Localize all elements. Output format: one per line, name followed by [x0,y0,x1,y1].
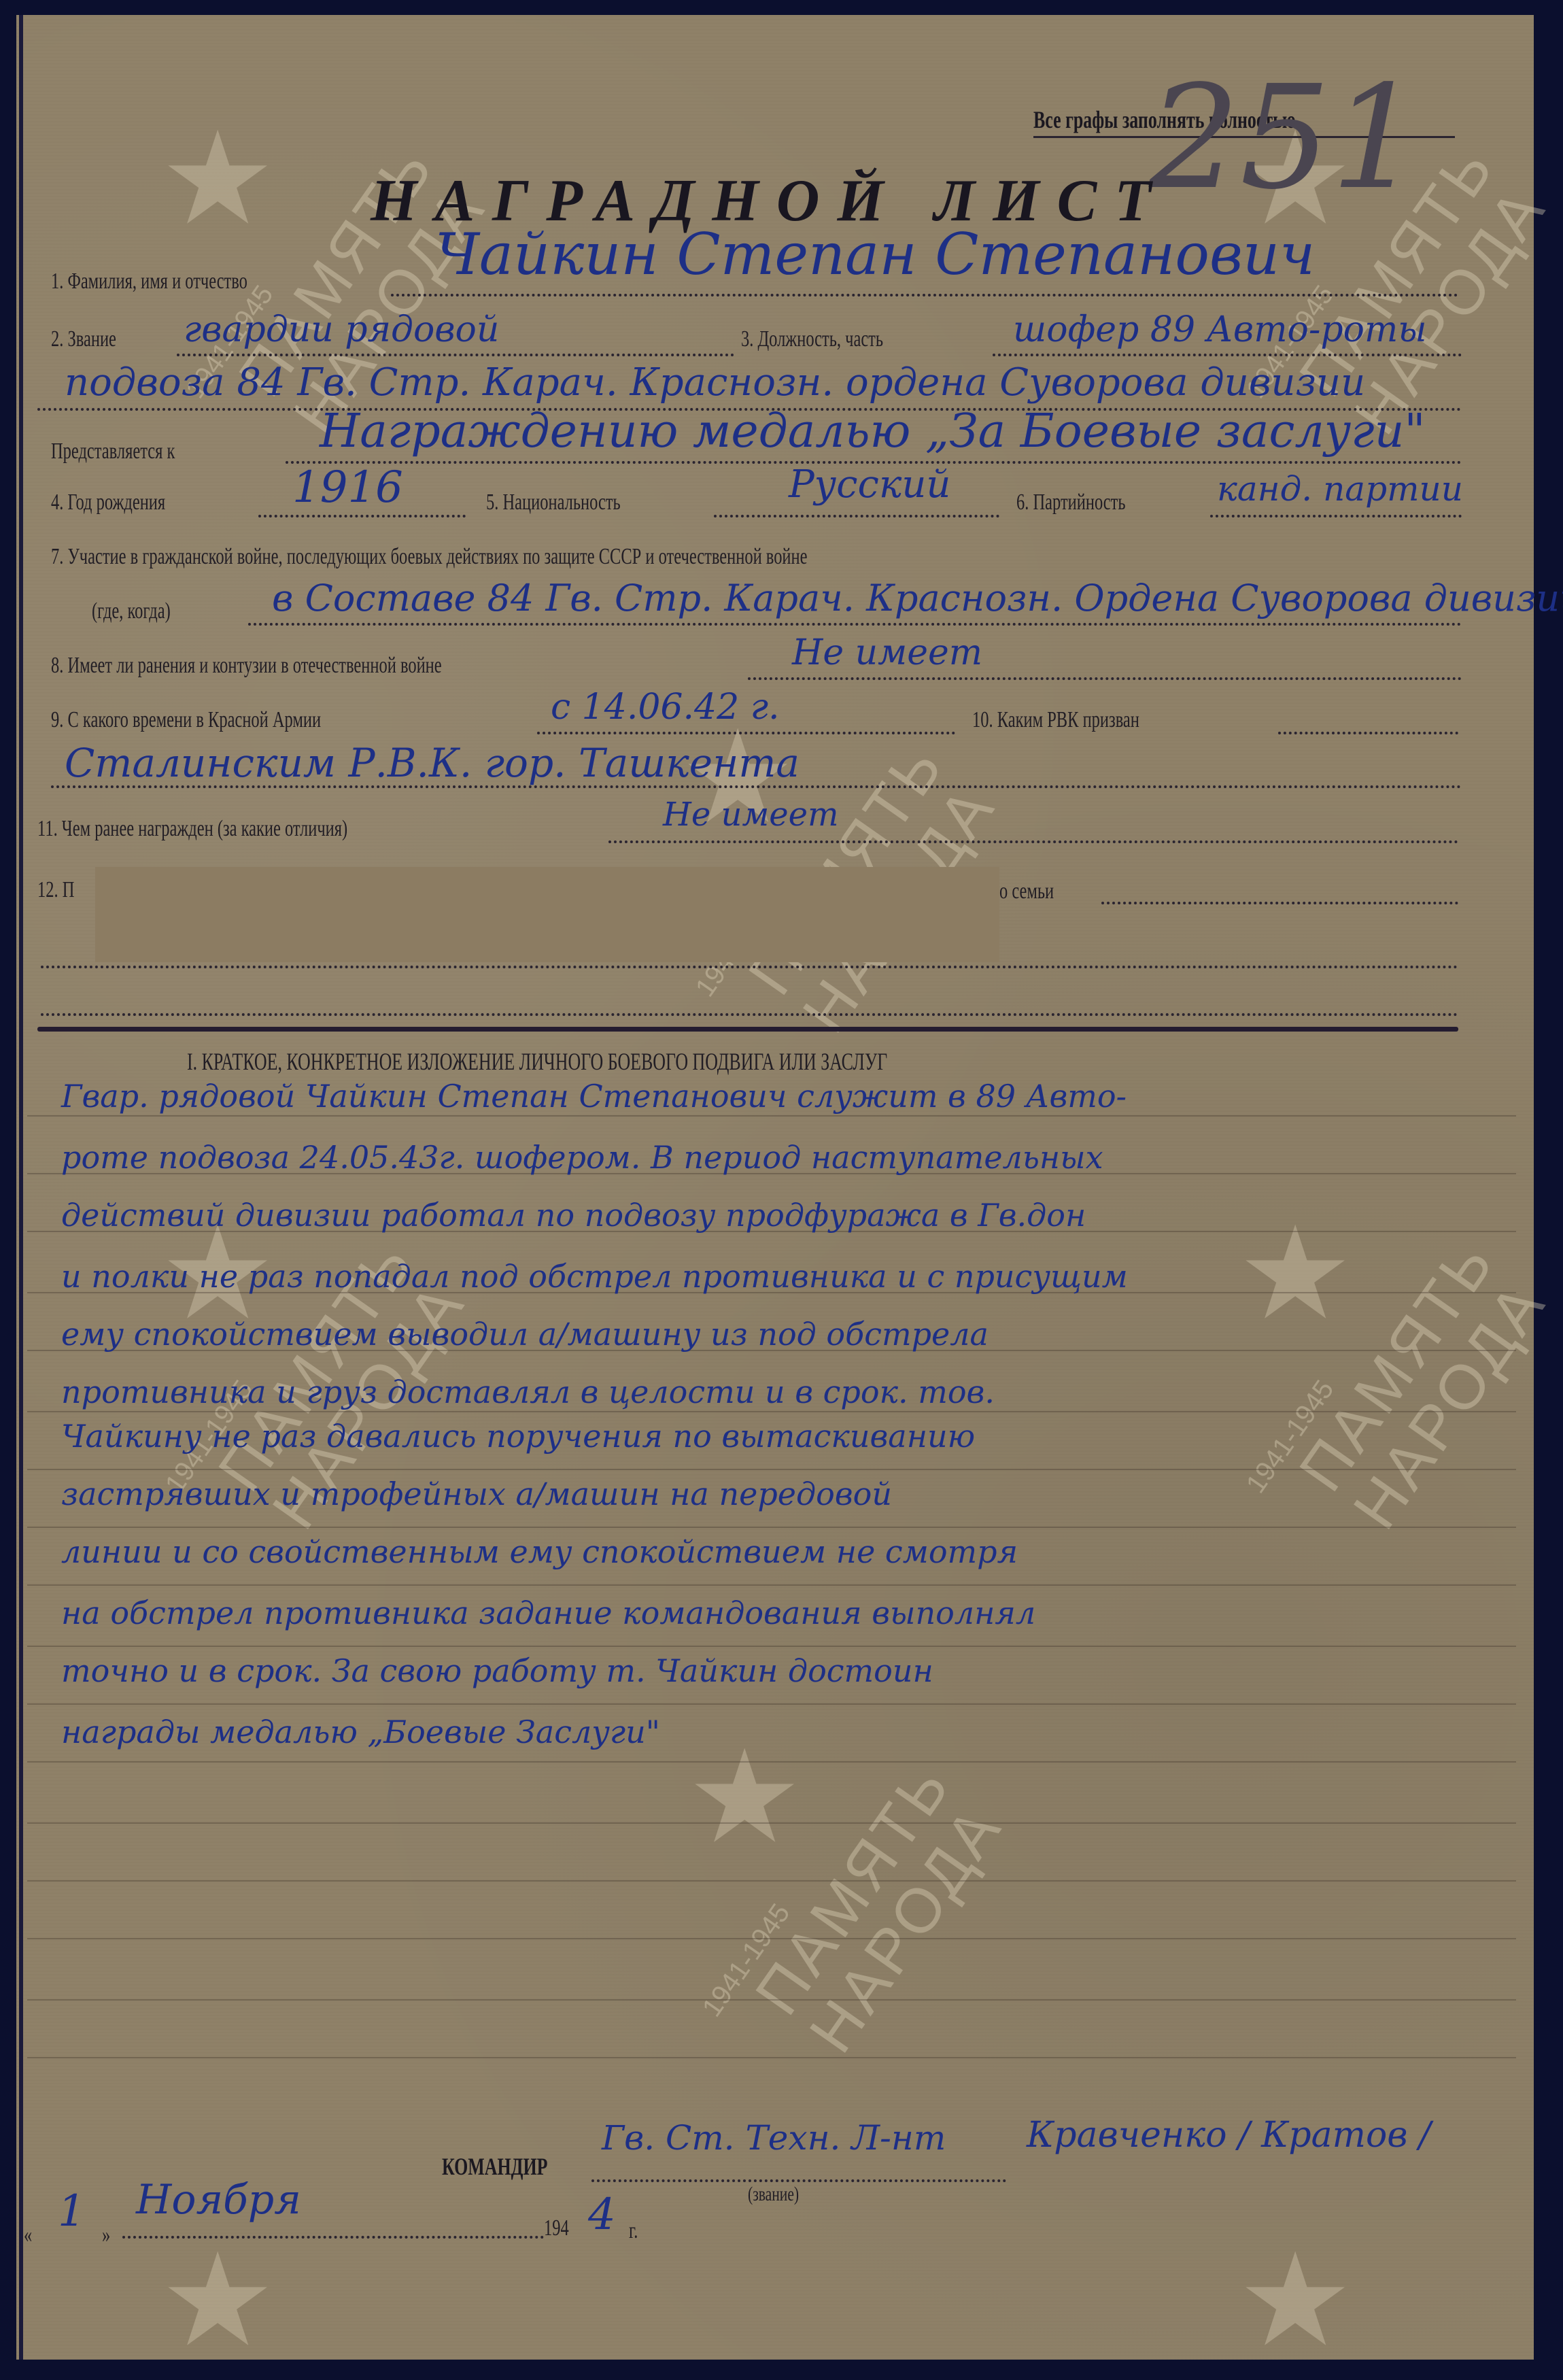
star-icon: ★ [1237,2237,1353,2366]
field-7-line [248,623,1462,626]
field-3-value: шофер 89 Авто-роты [1013,309,1427,350]
field-2-line [177,354,734,356]
commander-label: КОМАНДИР [442,2152,547,2181]
ruled-line [27,1703,1516,1705]
date-year-prefix: 194 [544,2215,569,2241]
star-icon: ★ [160,116,275,245]
field-5-value: Русский [789,462,950,507]
field-9-label: 9. С какого времени в Красной Армии [51,707,321,733]
field-3-value-cont: подвоза 84 Гв. Стр. Карач. Краснозн. орд… [65,360,1365,405]
narrative-line: застрявших и трофейных а/машин на передо… [61,1476,892,1512]
redacted-area [95,867,999,962]
field-10-value: Сталинским Р.В.К. гор. Ташкента [65,740,800,786]
narrative-line: Гвар. рядовой Чайкин Степан Степанович с… [61,1078,1127,1115]
archive-number: 251 [1149,54,1422,221]
section-divider [37,1027,1458,1032]
narrative-line: ему спокойствием выводил а/машину из под… [61,1316,989,1353]
field-4-label: 4. Год рождения [51,490,165,515]
star-icon: ★ [1237,1210,1353,1340]
ruled-line [27,1411,1516,1412]
field-11-value: Не имеет [663,796,839,834]
date-close-quote: » [102,2222,110,2248]
ruled-line [27,1469,1516,1470]
narrative-line: и полки не раз попадал под обстрел проти… [61,1258,1128,1295]
narrative-line: действий дивизии работал по подвозу прод… [61,1197,1086,1234]
narrative-line: роте подвоза 24.05.43г. шофером. В перио… [61,1139,1103,1176]
field-12-line-3 [41,1013,1458,1016]
ruled-line [27,1938,1516,1939]
presented-value: Награждению медалью „За Боевые заслуги" [320,405,1426,458]
narrative-line: награды медалью „Боевые Заслуги" [61,1714,660,1750]
star-icon: ★ [160,2237,275,2366]
field-12-line [1101,902,1458,904]
field-4-line [258,515,466,517]
field-6-value: канд. партии [1217,469,1463,509]
field-6-line [1210,515,1462,517]
field-2-value: гвардии рядовой [184,309,499,350]
field-1-value: Чайкин Степан Степанович [435,221,1315,288]
ruled-line [27,2057,1516,2058]
narrative-line: линии и со свойственным ему спокойствием… [61,1533,1018,1570]
field-7-label: 7. Участие в гражданской войне, последую… [51,544,1471,570]
field-5-line [714,515,999,517]
ruled-line [27,1646,1516,1647]
commander-rank: Гв. Ст. Техн. Л-нт [602,2118,946,2158]
paper-left-edge [19,15,23,2360]
field-9-value: с 14.06.42 г. [551,687,780,728]
field-3-line [993,354,1462,356]
field-8-label: 8. Имеет ли ранения и контузии в отечест… [51,653,442,679]
commander-signature: Кравченко / Кратов / [1027,2115,1431,2156]
commander-rank-line [591,2179,1006,2182]
star-icon: ★ [687,1734,802,1863]
ruled-line [27,1880,1516,1882]
ruled-line [27,1115,1516,1117]
section-1-heading: I. КРАТКОЕ, КОНКРЕТНОЕ ИЗЛОЖЕНИЕ ЛИЧНОГО… [187,1047,887,1076]
field-8-value: Не имеет [792,632,982,673]
ruled-line [27,1527,1516,1528]
field-5-label: 5. Национальность [486,490,621,515]
date-month: Ноября [136,2176,301,2224]
field-12-label-end: о семьи [999,879,1054,904]
field-7-value: в Составе 84 Гв. Стр. Карач. Краснозн. О… [272,577,1563,619]
presented-label: Представляется к [51,439,175,464]
field-8-line [748,677,1462,680]
field-12-label-start: 12. П [37,877,74,903]
date-day: 1 [58,2186,86,2237]
ruled-line [27,1584,1516,1586]
field-3-label: 3. Должность, часть [741,326,883,352]
rank-caption: (звание) [748,2183,799,2206]
field-6-label: 6. Партийность [1016,490,1126,515]
field-10-line [1278,732,1458,734]
date-year-unit: г. [629,2218,638,2244]
field-11-label: 11. Чем ранее награжден (за какие отличи… [37,816,347,842]
field-11-line [608,840,1458,843]
narrative-line: точно и в срок. За свою работу т. Чайкин… [61,1652,933,1689]
narrative-line: на обстрел противника задание командован… [61,1595,1035,1631]
field-12-line-2 [41,966,1458,968]
field-1-line [391,294,1458,296]
date-open-quote: « [24,2222,32,2248]
narrative-line: противника и груз доставлял в целости и … [61,1374,995,1410]
date-year-suffix: 4 [588,2190,616,2240]
field-1-label: 1. Фамилия, имя и отчество [51,269,247,294]
ruled-line [27,1761,1516,1763]
field-9-line [537,732,955,734]
field-7-label-2: (где, когда) [92,598,171,624]
date-month-line [122,2236,544,2239]
ruled-line [27,1999,1516,2001]
ruled-line [27,1822,1516,1824]
field-4-value: 1916 [292,462,403,513]
field-10-label: 10. Каким РВК призван [972,707,1139,733]
narrative-line: Чайкину не раз давались поручения по выт… [61,1418,975,1455]
field-2-label: 2. Звание [51,326,116,352]
